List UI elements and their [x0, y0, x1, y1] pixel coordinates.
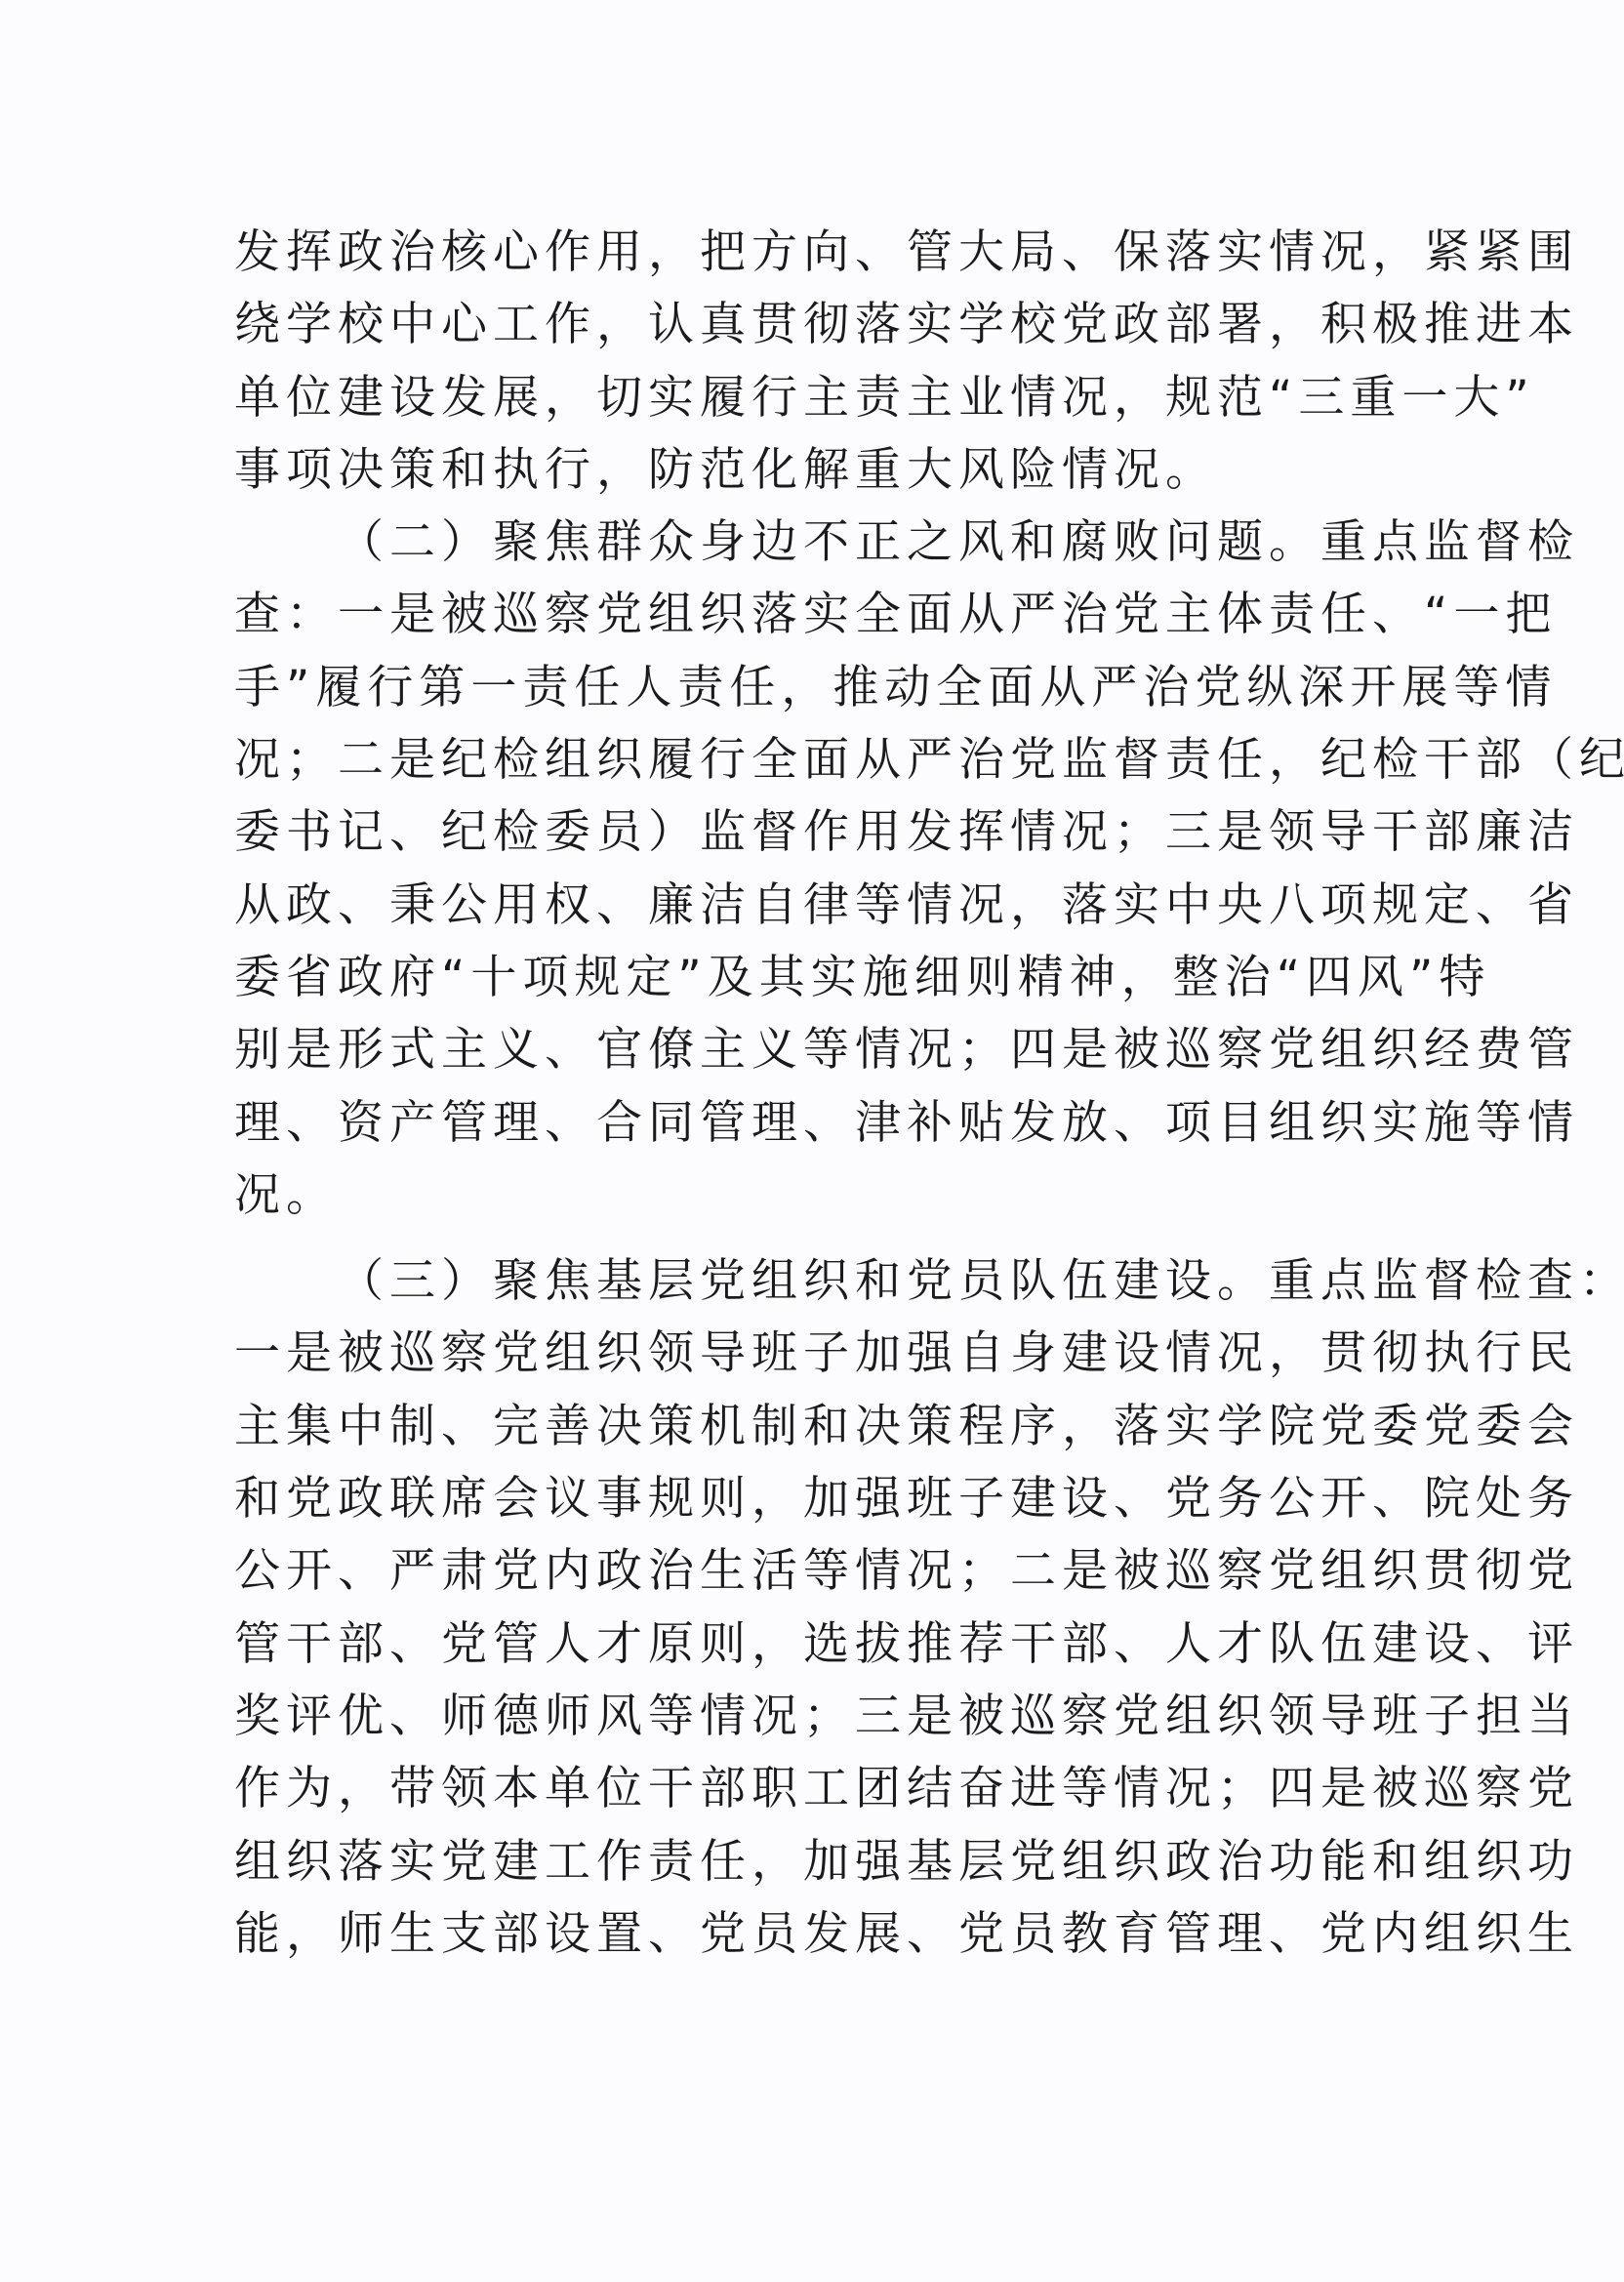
text-line: 理、资产管理、合同管理、津补贴发放、项目组织实施等情 — [234, 1087, 1386, 1160]
text-line: 从政、秉公用权、廉洁自律等情况，落实中央八项规定、省 — [234, 870, 1386, 942]
text-line: 况。 — [234, 1160, 1386, 1232]
text-line: 事项决策和执行，防范化解重大风险情况。 — [234, 434, 1386, 507]
text-line: 一是被巡察党组织领导班子加强自身建设情况，贯彻执行民 — [234, 1318, 1386, 1390]
text-line: 能，师生支部设置、党员发展、党员教育管理、党内组织生 — [234, 1898, 1386, 1971]
text-line: 单位建设发展，切实履行主责主业情况，规范“三重一大” — [234, 362, 1386, 434]
text-line: 奖评优、师德师风等情况；三是被巡察党组织领导班子担当 — [234, 1681, 1386, 1753]
text-line: 况；二是纪检组织履行全面从严治党监督责任，纪检干部（纪 — [234, 724, 1386, 796]
text-line: 组织落实党建工作责任，加强基层党组织政治功能和组织功 — [234, 1826, 1386, 1898]
text-line: 和党政联席会议事规则，加强班子建设、党务公开、院处务 — [234, 1463, 1386, 1535]
text-line: 手”履行第一责任人责任，推动全面从严治党纵深开展等情 — [234, 652, 1386, 724]
section-heading-line: （三）聚焦基层党组织和党员队伍建设。重点监督检查： — [234, 1245, 1386, 1318]
section-heading-line: （二）聚焦群众身边不正之风和腐败问题。重点监督检 — [234, 507, 1386, 579]
text-line: 查：一是被巡察党组织落实全面从严治党主体责任、“一把 — [234, 579, 1386, 651]
document-body: 发挥政治核心作用，把方向、管大局、保落实情况，紧紧围 绕学校中心工作，认真贯彻落… — [234, 217, 1386, 1971]
text-line: 管干部、党管人才原则，选拔推荐干部、人才队伍建设、评 — [234, 1609, 1386, 1681]
text-line: 别是形式主义、官僚主义等情况；四是被巡察党组织经费管 — [234, 1014, 1386, 1086]
text-line: 绕学校中心工作，认真贯彻落实学校党政部署，积极推进本 — [234, 289, 1386, 361]
text-line: 委书记、纪检委员）监督作用发挥情况；三是领导干部廉洁 — [234, 796, 1386, 869]
text-line: 公开、严肃党内政治生活等情况；二是被巡察党组织贯彻党 — [234, 1535, 1386, 1608]
text-line: 发挥政治核心作用，把方向、管大局、保落实情况，紧紧围 — [234, 217, 1386, 289]
text-line: 委省政府“十项规定”及其实施细则精神，整治“四风”特 — [234, 942, 1386, 1014]
text-line: 主集中制、完善决策机制和决策程序，落实学院党委党委会 — [234, 1391, 1386, 1463]
document-page: 发挥政治核心作用，把方向、管大局、保落实情况，紧紧围 绕学校中心工作，认真贯彻落… — [0, 0, 1624, 2282]
text-line: 作为，带领本单位干部职工团结奋进等情况；四是被巡察党 — [234, 1753, 1386, 1825]
